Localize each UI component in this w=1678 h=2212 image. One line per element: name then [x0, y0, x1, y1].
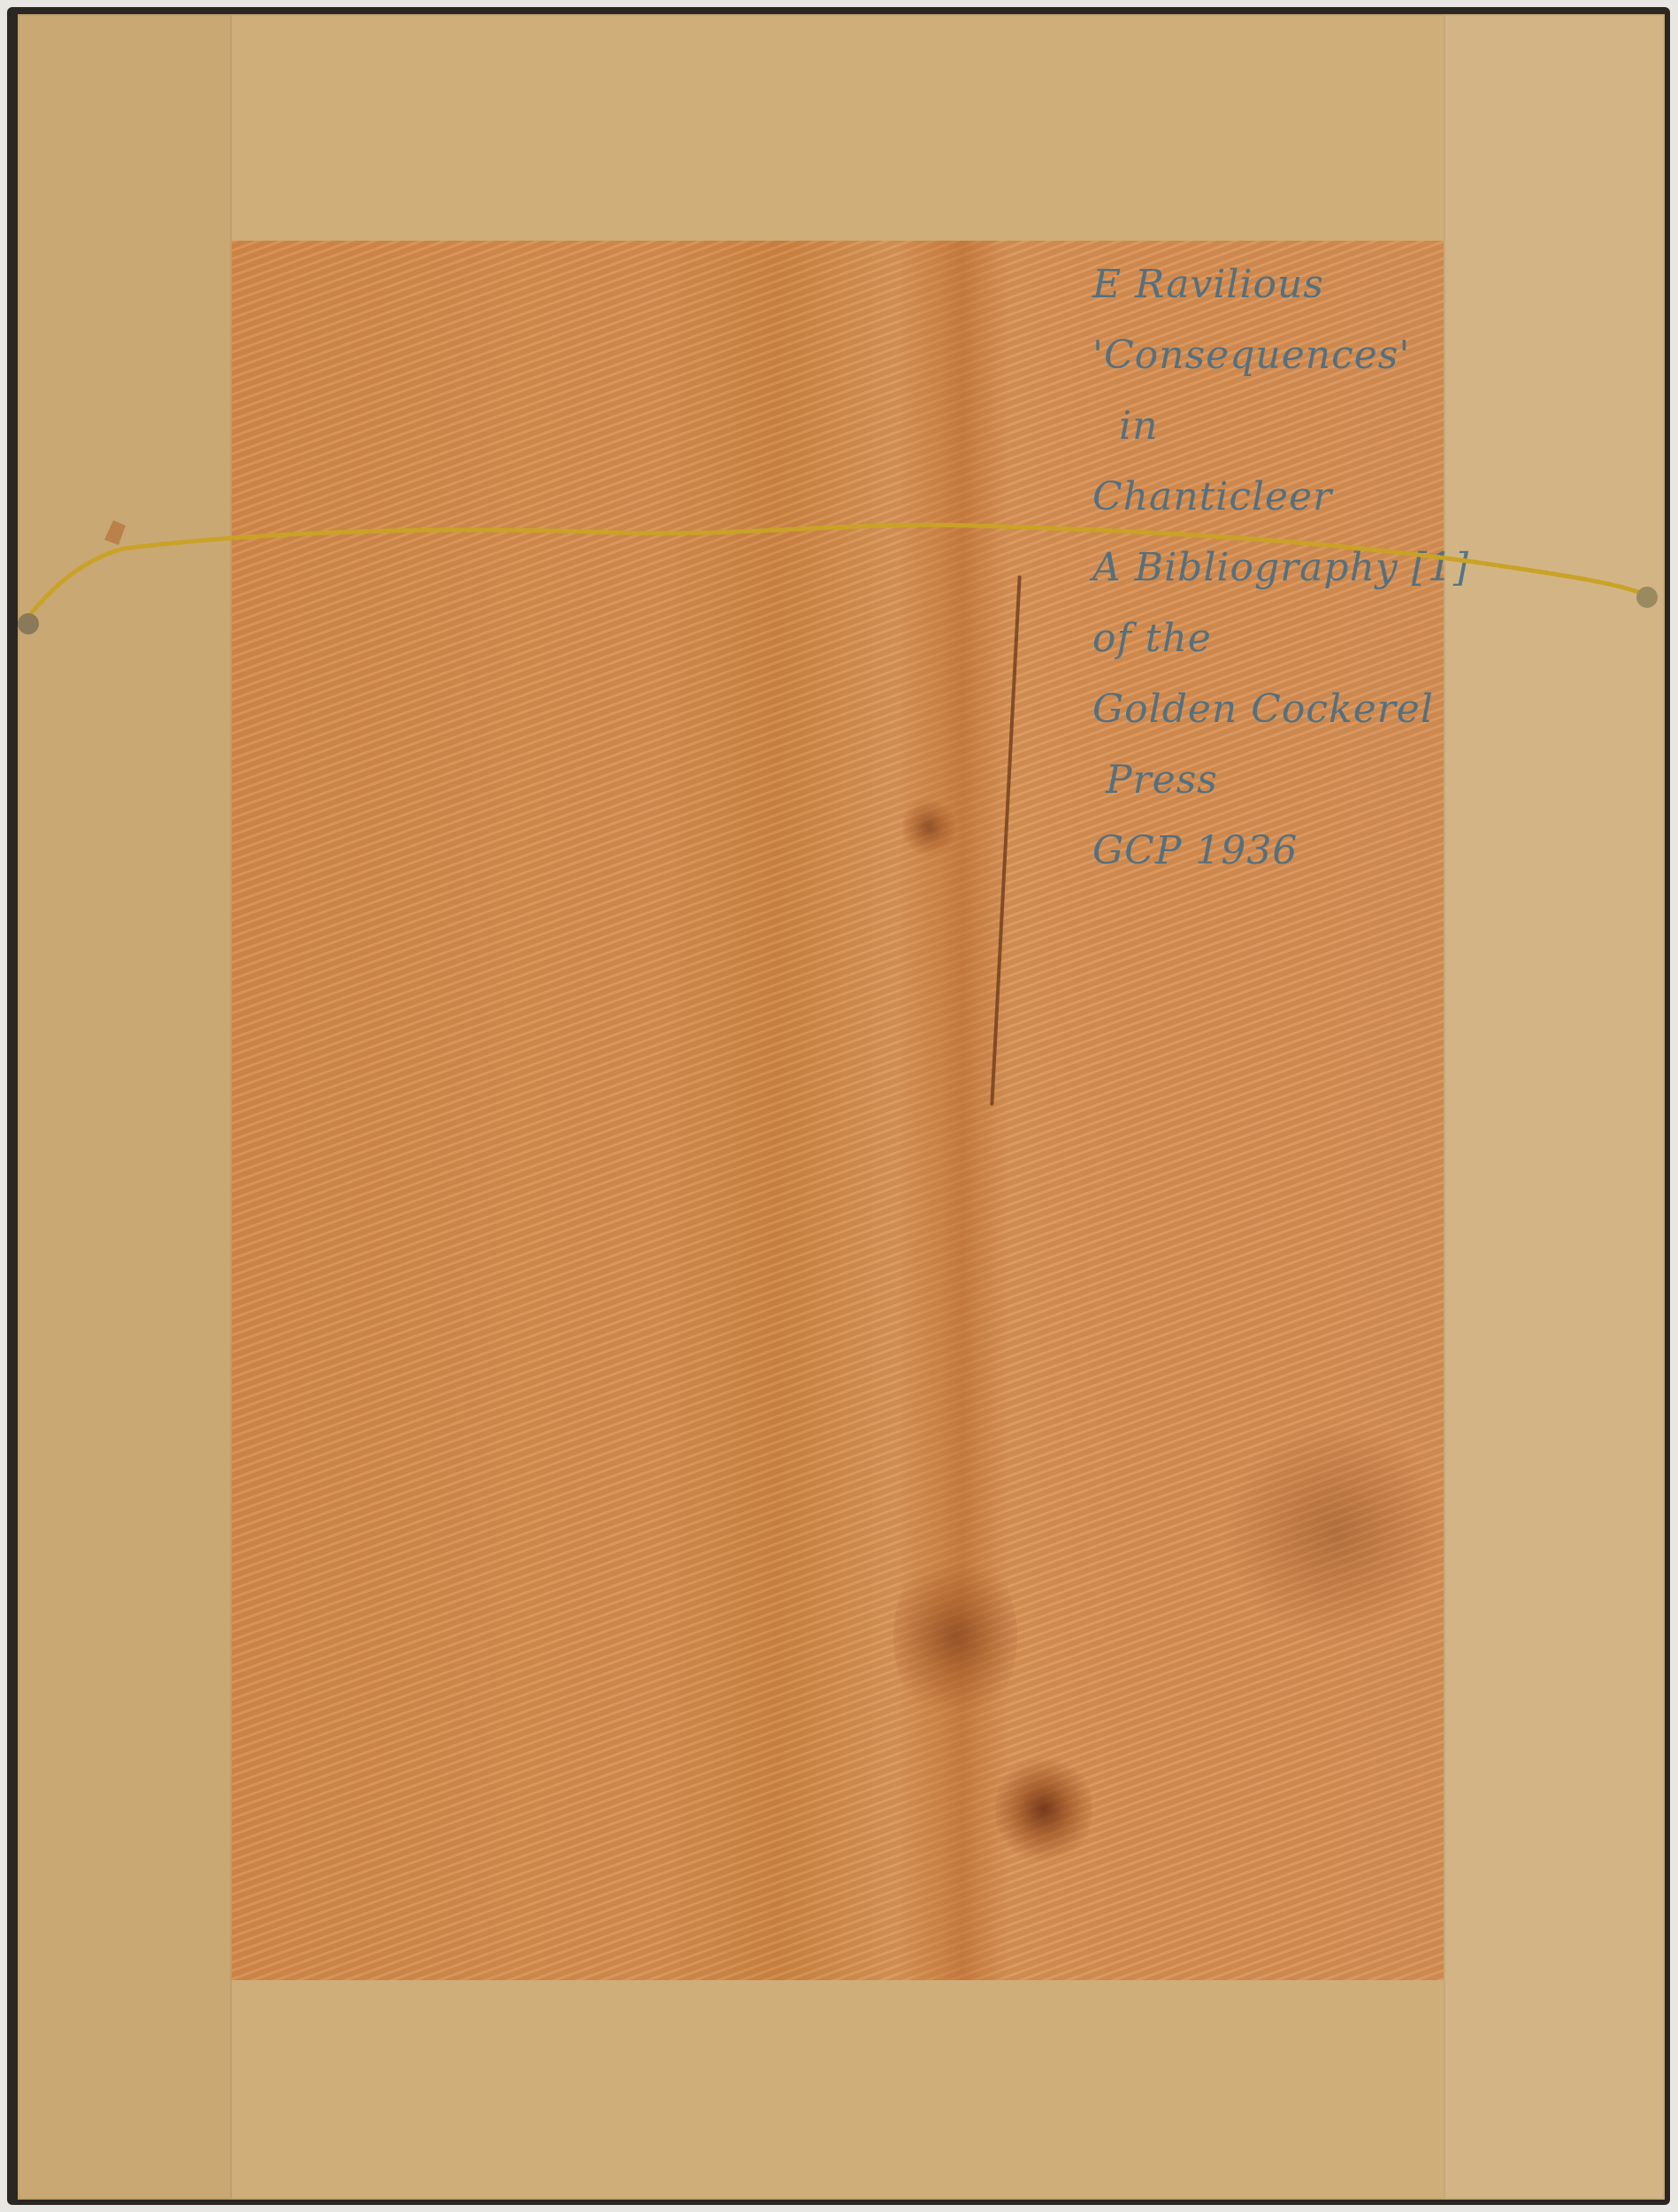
inscription-line: A Bibliography [1] [1092, 549, 1446, 619]
inscription-line: Chanticleer [1092, 478, 1446, 549]
inscription-line: Golden Cockerel [1092, 690, 1446, 761]
photo-canvas: E Ravilious 'Consequences' in Chanticlee… [0, 0, 1678, 2212]
inscription-line: Press [1092, 761, 1446, 832]
wood-knot [893, 1548, 1017, 1725]
inscription-line: of the [1092, 619, 1446, 690]
paper-tape-bottom [18, 1978, 1665, 2200]
inscription-line: 'Consequences' [1092, 336, 1446, 407]
paper-tape-top [18, 14, 1665, 244]
inscription-line: in [1092, 407, 1446, 478]
inscription-line: GCP 1936 [1092, 832, 1446, 902]
paper-tape-right [1444, 14, 1665, 2200]
wood-stain [1221, 1416, 1451, 1646]
wood-knot [995, 1752, 1092, 1867]
wood-knot [902, 796, 955, 858]
inscription-line: E Ravilious [1092, 265, 1446, 336]
paper-tape-left [18, 14, 232, 2200]
handwritten-inscription: E Ravilious 'Consequences' in Chanticlee… [1092, 265, 1446, 902]
